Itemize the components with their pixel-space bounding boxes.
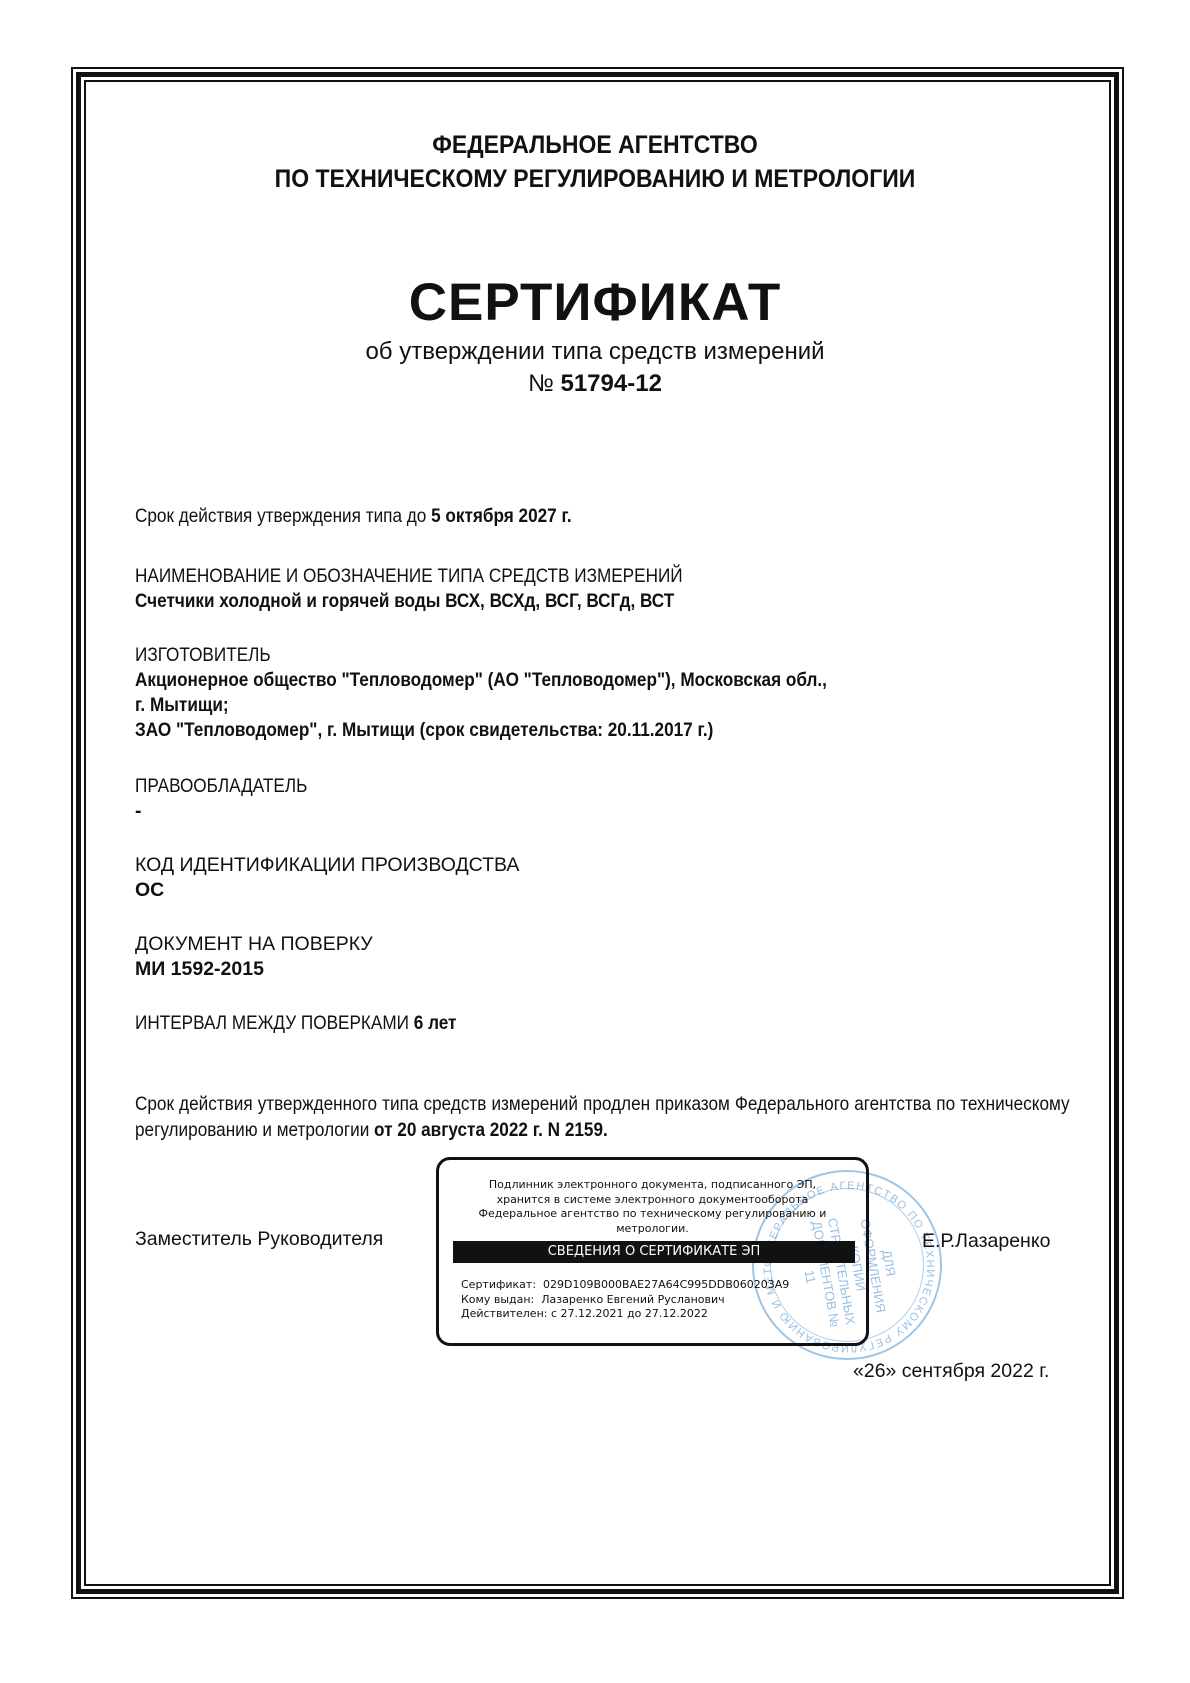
certificate-number: № 51794-12 (0, 370, 1190, 398)
rights-holder-label: ПРАВООБЛАДАТЕЛЬ (135, 774, 307, 799)
electronic-signature-box: Подлинник электронного документа, подпис… (436, 1157, 869, 1346)
esig-issued-to-row: Кому выдан: Лазаренко Евгений Русланович (461, 1293, 789, 1308)
production-code-value: ОС (135, 878, 164, 903)
esig-issued-to-label: Кому выдан: (461, 1293, 534, 1306)
signer-position: Заместитель Руководителя (135, 1228, 383, 1251)
esig-notice-line-2: хранится в системе электронного документ… (439, 1193, 866, 1208)
esig-notice: Подлинник электронного документа, подпис… (439, 1178, 866, 1236)
verification-interval: ИНТЕРВАЛ МЕЖДУ ПОВЕРКАМИ 6 лет (135, 1011, 456, 1036)
verification-doc-value: МИ 1592-2015 (135, 957, 264, 982)
manufacturer-line-2: г. Мытищи; (135, 693, 229, 718)
signature-date: «26» сентября 2022 г. (853, 1360, 1049, 1383)
number-value: 51794-12 (560, 370, 661, 397)
validity-line: Срок действия утверждения типа до 5 октя… (135, 504, 572, 529)
signer-name: Е.Р.Лазаренко (922, 1230, 1050, 1253)
esig-issued-to-value: Лазаренко Евгений Русланович (541, 1293, 724, 1306)
validity-label: Срок действия утверждения типа до (135, 505, 426, 527)
esig-notice-line-4: метрологии. (439, 1222, 866, 1237)
number-prefix: № (528, 370, 554, 397)
type-name-label: НАИМЕНОВАНИЕ И ОБОЗНАЧЕНИЕ ТИПА СРЕДСТВ … (135, 564, 683, 589)
esig-notice-line-3: Федеральное агентство по техническому ре… (439, 1207, 866, 1222)
agency-line-2: ПО ТЕХНИЧЕСКОМУ РЕГУЛИРОВАНИЮ И МЕТРОЛОГ… (48, 162, 1143, 196)
extension-order: от 20 августа 2022 г. N 2159. (374, 1119, 608, 1141)
type-name-value: Счетчики холодной и горячей воды ВСХ, ВС… (135, 589, 674, 614)
esig-certificate-row: Сертификат: 029D109B000BAE27A64C995DDB06… (461, 1278, 789, 1293)
esig-valid-row: Действителен: с 27.12.2021 до 27.12.2022 (461, 1307, 789, 1322)
agency-header: ФЕДЕРАЛЬНОЕ АГЕНТСТВО ПО ТЕХНИЧЕСКОМУ РЕ… (48, 128, 1143, 196)
certificate-subtitle: об утверждении типа средств измерений (0, 338, 1190, 366)
esig-details: Сертификат: 029D109B000BAE27A64C995DDB06… (461, 1278, 789, 1322)
manufacturer-line-1: Акционерное общество "Тепловодомер" (АО … (135, 668, 827, 693)
manufacturer-line-3: ЗАО "Тепловодомер", г. Мытищи (срок свид… (135, 718, 713, 743)
certificate-title: СЕРТИФИКАТ (0, 272, 1190, 333)
esig-certificate-value: 029D109B000BAE27A64C995DDB060203A9 (543, 1278, 789, 1291)
production-code-label: КОД ИДЕНТИФИКАЦИИ ПРОИЗВОДСТВА (135, 853, 519, 878)
esig-notice-line-1: Подлинник электронного документа, подпис… (439, 1178, 866, 1193)
extension-paragraph: Срок действия утвержденного типа средств… (135, 1091, 1070, 1143)
verification-doc-label: ДОКУМЕНТ НА ПОВЕРКУ (135, 932, 373, 957)
validity-value: 5 октября 2027 г. (431, 505, 572, 527)
agency-line-1: ФЕДЕРАЛЬНОЕ АГЕНТСТВО (48, 128, 1143, 162)
interval-value: 6 лет (414, 1012, 457, 1034)
esig-certificate-label: Сертификат: (461, 1278, 536, 1291)
esig-valid-label: Действителен: (461, 1307, 547, 1320)
rights-holder-value: - (135, 799, 142, 824)
esig-valid-value: с 27.12.2021 до 27.12.2022 (551, 1307, 708, 1320)
esig-title-bar: СВЕДЕНИЯ О СЕРТИФИКАТЕ ЭП (453, 1241, 855, 1263)
interval-label: ИНТЕРВАЛ МЕЖДУ ПОВЕРКАМИ (135, 1012, 409, 1034)
manufacturer-label: ИЗГОТОВИТЕЛЬ (135, 643, 271, 668)
